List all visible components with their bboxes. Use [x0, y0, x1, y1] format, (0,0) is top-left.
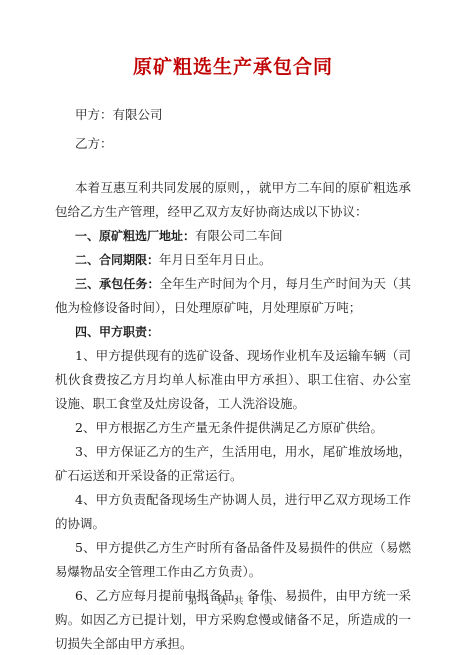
document-title: 原矿粗选生产承包合同 [55, 54, 411, 80]
contract-body: 本着互惠互利共同发展的原则，，就甲方二车间的原矿粗选承包给乙方生产管理，经甲乙双… [55, 176, 411, 655]
paragraph-bold-lead: 三、承包任务： [75, 277, 160, 291]
paragraph-text: 5、甲方提供乙方生产时所有备品备件及易损件的供应（易燃易爆物品安全管理工作由乙方… [55, 540, 411, 579]
paragraph-item-3: 3、甲方保证乙方的生产，生活用电，用水，尾矿堆放场地，矿石运送和开采设备的正常运… [55, 440, 411, 488]
paragraph-clause-3-task: 三、承包任务：全年生产时间为个月，每月生产时间为天（其他为检修设备时间），日处理… [55, 272, 411, 320]
document-page: 原矿粗选生产承包合同 甲方：有限公司 乙方： 本着互惠互利共同发展的原则，，就甲… [0, 0, 463, 655]
document-content: 原矿粗选生产承包合同 甲方：有限公司 乙方： 本着互惠互利共同发展的原则，，就甲… [0, 0, 463, 655]
paragraph-text: 1、甲方提供现有的选矿设备、现场作业机车及运输车辆（司机伙食费按乙方月均单人标准… [55, 348, 411, 411]
party-b-line: 乙方： [75, 136, 411, 152]
paragraph-intro: 本着互惠互利共同发展的原则，，就甲方二车间的原矿粗选承包给乙方生产管理，经甲乙双… [55, 176, 411, 224]
paragraph-text: 2、甲方根据乙方生产量无条件提供满足乙方原矿供给。 [75, 420, 383, 435]
paragraph-bold-lead: 二、合同期限： [75, 253, 159, 267]
paragraph-text: 本着互惠互利共同发展的原则，，就甲方二车间的原矿粗选承包给乙方生产管理，经甲乙双… [55, 180, 411, 219]
paragraph-item-5: 5、甲方提供乙方生产时所有备品备件及易损件的供应（易燃易爆物品安全管理工作由乙方… [55, 536, 411, 584]
paragraph-text: 4、甲方负责配备现场生产协调人员，进行甲乙双方现场工作的协调。 [55, 492, 411, 531]
paragraph-bold-lead: 四、甲方职责： [75, 325, 159, 339]
party-a-line: 甲方：有限公司 [75, 107, 411, 123]
paragraph-text: 3、甲方保证乙方的生产，生活用电，用水，尾矿堆放场地，矿石运送和开采设备的正常运… [55, 444, 411, 483]
page-footer: 第 1 页 共 1 页 [0, 593, 463, 607]
paragraph-bold-lead: 一、原矿粗选厂地址： [75, 229, 195, 243]
paragraph-clause-4-duties: 四、甲方职责： [55, 320, 411, 344]
paragraph-text: 年月日至年月日止。 [159, 252, 272, 267]
paragraph-clause-1-address: 一、原矿粗选厂地址：有限公司二车间 [55, 224, 411, 248]
paragraph-text: 有限公司二车间 [195, 228, 283, 243]
paragraph-item-4: 4、甲方负责配备现场生产协调人员，进行甲乙双方现场工作的协调。 [55, 488, 411, 536]
paragraph-item-1: 1、甲方提供现有的选矿设备、现场作业机车及运输车辆（司机伙食费按乙方月均单人标准… [55, 344, 411, 416]
paragraph-item-2: 2、甲方根据乙方生产量无条件提供满足乙方原矿供给。 [55, 416, 411, 440]
paragraph-clause-2-term: 二、合同期限：年月日至年月日止。 [55, 248, 411, 272]
